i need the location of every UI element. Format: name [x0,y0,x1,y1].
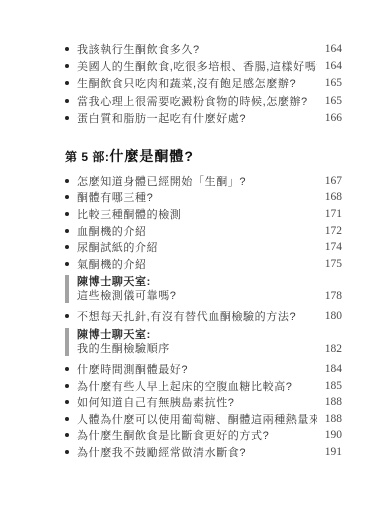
toc-entry[interactable]: 蛋白質和脂肪一起吃有什麼好處? 166 [65,109,342,126]
toc-entry-title: 怎麼知道身體已經開始「生酮」? [77,173,317,189]
bullet-icon [65,81,69,85]
toc-entry[interactable]: 氣酮機的介紹 175 [65,255,342,272]
toc-entry-page: 184 [325,363,342,375]
toc-entry-page: 175 [325,258,342,270]
toc-entry-page: 168 [325,191,342,203]
section-header: 第 5 部:什麼是酮體? [65,147,342,166]
toc-entry[interactable]: 為什麼我不鼓勵經常做清水斷食? 191 [65,444,342,461]
toc-entry-title: 氣酮機的介紹 [77,256,317,272]
bullet-icon [65,116,69,120]
toc-entry[interactable]: 如何知道自己有無胰島素抗性? 188 [65,394,342,411]
toc-entry-page: 185 [325,380,342,392]
toc-entry-page: 190 [325,429,342,441]
chat-quote-bar-icon [65,275,69,303]
toc-entry-page: 164 [325,43,342,55]
toc-entry-page: 171 [325,208,342,220]
bullet-icon [65,400,69,404]
toc-entry-page: 188 [325,396,342,408]
toc-entry-page: 166 [325,112,342,124]
chat-entry-title: 陳博士聊天室: [77,328,342,342]
chat-entry-body: 陳博士聊天室: 這些檢測儀可靠嗎? 178 [77,275,342,303]
toc-entry-title: 什麼時間測酮體最好? [77,361,317,377]
bullet-icon [65,417,69,421]
section-part-label: 第 5 部: [65,150,109,164]
chat-entry-subtitle: 我的生酮檢驗順序 [77,342,317,356]
toc-entry-title: 為什麼我不鼓勵經常做清水斷食? [77,444,317,460]
toc-entry-title: 比較三種酮體的檢測 [77,206,317,222]
bullet-icon [65,262,69,266]
toc-entry[interactable]: 人體為什麼可以使用葡萄糖、酮體這兩種熱量來源? 188 [65,410,342,427]
chat-entry-subrow: 我的生酮檢驗順序 182 [77,342,342,356]
toc-entry-title: 我該執行生酮飲食多久? [77,41,317,57]
toc-entry-page: 167 [325,175,342,187]
toc-entry-title: 酮體有哪三種? [77,189,317,205]
toc-entry-page: 165 [325,77,342,89]
toc-entry-title: 為什麼有些人早上起床的空腹血糖比較高? [77,378,317,394]
toc-entry-title: 蛋白質和脂肪一起吃有什麼好處? [77,110,317,126]
section-title: 什麼是酮體? [109,148,194,164]
toc-entry[interactable]: 比較三種酮體的檢測 171 [65,206,342,223]
bullet-icon [65,367,69,371]
bullet-icon [65,384,69,388]
toc-entry[interactable]: 尿酮試紙的介紹 174 [65,239,342,256]
toc-entry-page: 164 [325,60,342,72]
bullet-icon [65,314,69,318]
bullet-icon [65,229,69,233]
toc-entry-title: 為什麼生酮飲食是比斷食更好的方式? [77,427,317,443]
chat-entry-subtitle: 這些檢測儀可靠嗎? [77,289,317,303]
toc-entry-page: 174 [325,241,342,253]
chat-entry-body: 陳博士聊天室: 我的生酮檢驗順序 182 [77,328,342,356]
bullet-icon [65,47,69,51]
toc-entry[interactable]: 不想每天扎針,有沒有替代血酮檢驗的方法? 180 [65,308,342,325]
toc-entry[interactable]: 美國人的生酮飲食,吃很多培根、香腸,這樣好嗎? 164 [65,57,342,74]
toc-entry[interactable]: 酮體有哪三種? 168 [65,189,342,206]
book-toc-page: 我該執行生酮飲食多久? 164 美國人的生酮飲食,吃很多培根、香腸,這樣好嗎? … [0,0,390,527]
toc-entry[interactable]: 為什麼生酮飲食是比斷食更好的方式? 190 [65,427,342,444]
toc-entry-page: 165 [325,95,342,107]
toc-chat-entry[interactable]: 陳博士聊天室: 這些檢測儀可靠嗎? 178 [65,275,342,303]
bullet-icon [65,450,69,454]
bullet-icon [65,433,69,437]
toc-entry-page: 182 [325,342,342,356]
toc-entry-page: 178 [325,289,342,303]
toc-entry[interactable]: 生酮飲食只吃肉和蔬菜,沒有飽足感怎麼辦? 165 [65,75,342,92]
toc-entry-title: 如何知道自己有無胰島素抗性? [77,394,317,410]
toc-entry-page: 180 [325,310,342,322]
chat-entry-subrow: 這些檢測儀可靠嗎? 178 [77,289,342,303]
chat-quote-bar-icon [65,328,69,356]
bullet-icon [65,212,69,216]
toc-entry[interactable]: 當我心理上很需要吃澱粉食物的時候,怎麼辦? 165 [65,92,342,109]
toc-entry-title: 美國人的生酮飲食,吃很多培根、香腸,這樣好嗎? [77,58,317,74]
bullet-icon [65,179,69,183]
toc-entry-page: 172 [325,225,342,237]
toc-entry-title: 血酮機的介紹 [77,223,317,239]
toc-entry-page: 188 [325,413,342,425]
toc-entry-title: 不想每天扎針,有沒有替代血酮檢驗的方法? [77,308,317,324]
toc-entry[interactable]: 我該執行生酮飲食多久? 164 [65,40,342,57]
toc-entry-title: 尿酮試紙的介紹 [77,239,317,255]
toc-entry[interactable]: 怎麼知道身體已經開始「生酮」? 167 [65,172,342,189]
toc-content: 我該執行生酮飲食多久? 164 美國人的生酮飲食,吃很多培根、香腸,這樣好嗎? … [0,0,390,460]
bullet-icon [65,64,69,68]
toc-chat-entry[interactable]: 陳博士聊天室: 我的生酮檢驗順序 182 [65,328,342,356]
toc-entry[interactable]: 什麼時間測酮體最好? 184 [65,361,342,378]
bullet-icon [65,99,69,103]
toc-entry-page: 191 [325,446,342,458]
bullet-icon [65,195,69,199]
toc-entry[interactable]: 血酮機的介紹 172 [65,222,342,239]
toc-entry-title: 生酮飲食只吃肉和蔬菜,沒有飽足感怎麼辦? [77,75,317,91]
chat-entry-title: 陳博士聊天室: [77,275,342,289]
section-entry-list: 怎麼知道身體已經開始「生酮」? 167 酮體有哪三種? 168 比較三種酮體的檢… [65,172,342,460]
toc-entry[interactable]: 為什麼有些人早上起床的空腹血糖比較高? 185 [65,377,342,394]
bullet-icon [65,245,69,249]
toc-entry-title: 當我心理上很需要吃澱粉食物的時候,怎麼辦? [77,93,317,109]
toc-entry-title: 人體為什麼可以使用葡萄糖、酮體這兩種熱量來源? [77,411,317,427]
